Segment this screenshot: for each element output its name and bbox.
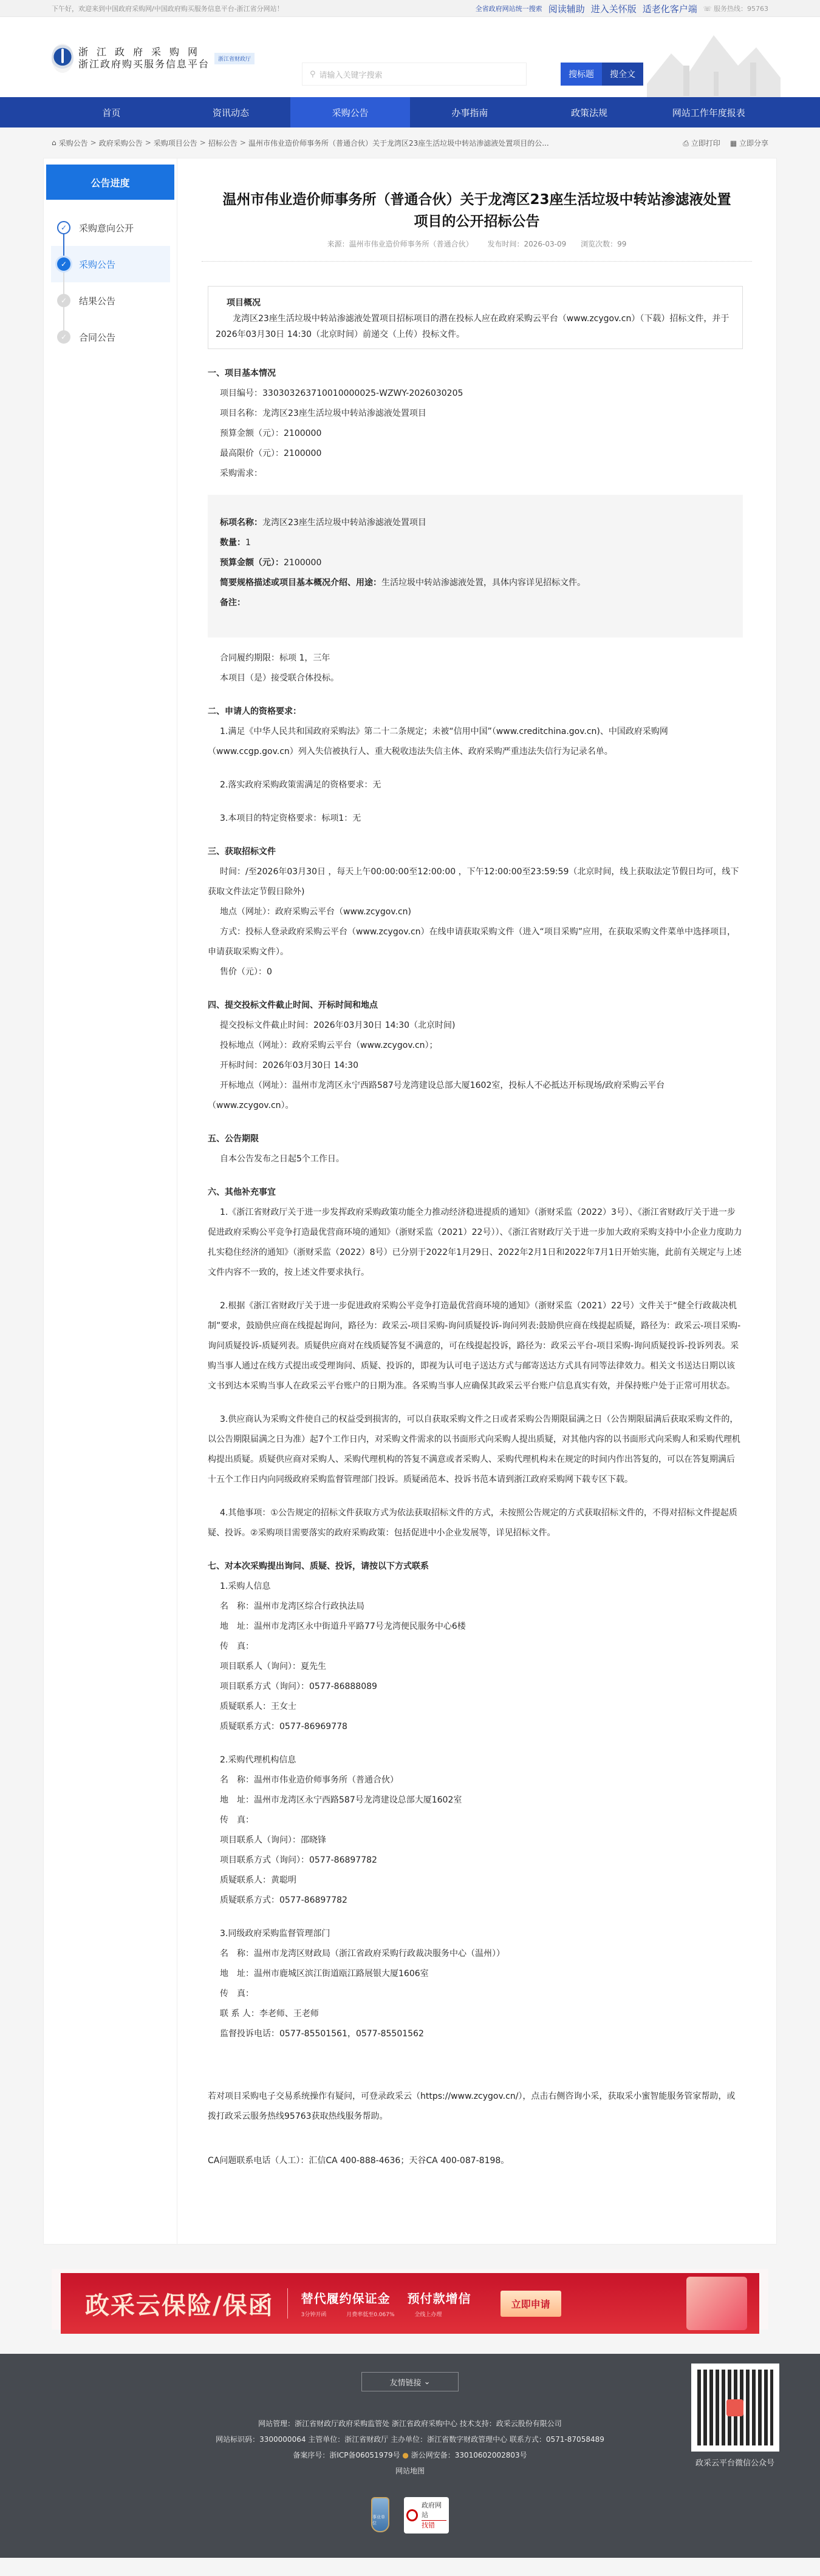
step-label: 采购公告 [79, 258, 115, 271]
lot-qty-label: 数量： [220, 538, 245, 548]
qrcode-icon: ▦ [730, 139, 737, 148]
doc-place: 地点（网址）：政府采购云平台（www.zcygov.cn) [208, 902, 743, 922]
qr-caption: 政采云平台微信公众号 [689, 2456, 781, 2468]
step-result-notice[interactable]: ✓ 结果公告 [51, 282, 170, 319]
contact-line: 名 称：温州市龙湾区综合行政执法局 [220, 1597, 743, 1617]
phone-icon: ☏ [703, 5, 712, 13]
section-heading: 一、项目基本情况 [208, 364, 743, 384]
article: 温州市伟业造价师事务所（普通合伙）关于龙湾区23座生活垃圾中转站渗滤液处置项目的… [177, 158, 776, 2244]
page-title: 温州市伟业造价师事务所（普通合伙）关于龙湾区23座生活垃圾中转站渗滤液处置项目的… [220, 189, 734, 233]
contact-line: 地 址：温州市龙湾区永宁西路587号龙湾建设总部大厦1602室 [220, 1790, 743, 1810]
lot-name: 龙湾区23座生活垃圾中转站渗滤液处置项目 [262, 518, 426, 528]
finance-dept-badge: 浙江省财政厅 [214, 53, 255, 64]
site-logo[interactable]: 浙江政府采购网 浙江政府购买服务信息平台 浙江省财政厅 [52, 44, 255, 73]
nav-guide[interactable]: 办事指南 [410, 97, 530, 127]
consortium-note: 本项目（是）接受联合体投标。 [208, 668, 743, 688]
lot-budget: 2100000 [284, 558, 321, 568]
search-placeholder: 请输入关键字搜索 [319, 69, 383, 80]
public-security-link[interactable]: 浙公网安备：33010602002803号 [411, 2451, 527, 2459]
divider [202, 261, 752, 262]
icp-link[interactable]: 备案序号：浙ICP备06051979号 [293, 2451, 400, 2459]
bid-deadline: 提交投标文件截止时间：2026年03月30日 14:30（北京时间) [208, 1016, 743, 1036]
supplement-1: 1.《浙江省财政厅关于进一步发挥政府采购政策功能全力推动经济稳进提质的通知》（浙… [208, 1203, 743, 1283]
step-contract-notice[interactable]: ✓ 合同公告 [51, 319, 170, 355]
contact-line: 质疑联系方式：0577-86897782 [220, 1891, 743, 1911]
lot-details: 标项名称：龙湾区23座生活垃圾中转站渗滤液处置项目 数量：1 预算金额（元）：2… [208, 495, 743, 637]
qualification-3: 3.本项目的特定资格要求：标项1：无 [208, 809, 743, 829]
section-heading: 六、其他补充事宜 [208, 1183, 743, 1203]
lot-qty: 1 [245, 538, 251, 548]
check-circle-gray-icon: ✓ [57, 330, 70, 344]
contact-line: 质疑联系人：黄聪明 [220, 1871, 743, 1891]
contact-line: 项目联系方式（询问）：0577-86897782 [220, 1850, 743, 1871]
contact-line: 名 称：温州市伟业造价师事务所（普通合伙） [220, 1770, 743, 1790]
qr-code-icon [697, 2370, 773, 2445]
lot-desc: 生活垃圾中转站渗滤液处置，具体内容详见招标文件。 [381, 578, 586, 588]
contact-line: 项目联系人（询问）：邵晓锋 [220, 1830, 743, 1850]
lot-note-label: 备注： [220, 598, 245, 608]
care-version-link[interactable]: 进入关怀版 [591, 2, 637, 15]
supplement-3: 3.供应商认为采购文件使自己的权益受到损害的，可以自获取采购文件之日或者采购公告… [208, 1410, 743, 1490]
mountain-decoration-icon [647, 29, 781, 97]
bid-location: 投标地点（网址）：政府采购云平台（www.zcygov.cn）； [208, 1036, 743, 1056]
logo-line1: 浙江政府采购网 [78, 46, 210, 58]
step-label: 结果公告 [79, 294, 115, 307]
supplement-4: 4.其他事项：①公告规定的招标文件获取方式为依法获取招标文件的方式，未按照公告规… [208, 1503, 743, 1543]
step-label: 采购意向公开 [79, 222, 134, 234]
top-bar: 下午好，欢迎来到中国政府采购网/中国政府购买服务信息平台-浙江省分网站！ 全省政… [0, 0, 820, 17]
contact-line: 质疑联系方式：0577-86969778 [220, 1717, 743, 1737]
unified-search-link[interactable]: 全省政府网站统一搜索 [476, 4, 542, 13]
procurement-needs: 采购需求： [208, 464, 743, 484]
contact-group-title: 1.采购人信息 [220, 1577, 743, 1597]
friend-links-label: 友情链接 [389, 2376, 421, 2388]
ca-contact-text: CA问题联系电话（人工）：汇信CA 400-888-4636；天谷CA 400-… [208, 2151, 743, 2171]
supplement-2: 2.根据《浙江省财政厅关于进一步促进政府采购公平竞争打造最优营商环境的通知》（浙… [208, 1296, 743, 1396]
share-label: 立即分享 [739, 139, 768, 148]
notice-period: 自本公告发布之日起5个工作日。 [208, 1149, 743, 1169]
banner-bullet: 全线上办理 [414, 2312, 442, 2318]
lot-budget-label: 预算金额（元）： [220, 558, 284, 568]
section-heading: 三、获取招标文件 [208, 842, 743, 862]
doc-price: 售价（元）：0 [208, 962, 743, 982]
lot-desc-label: 简要规格描述或项目基本概况介绍、用途： [220, 578, 381, 588]
check-circle-icon: ✓ [57, 221, 70, 234]
breadcrumb-item[interactable]: 采购公告 [59, 138, 88, 148]
nav-annual-report[interactable]: 网站工作年度报表 [649, 97, 768, 127]
section-heading: 四、提交投标文件截止时间、开标时间和地点 [208, 996, 743, 1016]
contact-line: 地 址：温州市龙湾区永中街道升平路77号龙湾便民服务中心6楼 [220, 1617, 743, 1637]
banner-sub2: 预付款增信 [408, 2291, 471, 2306]
wechat-qr: 政采云平台微信公众号 [689, 2364, 781, 2468]
printer-icon: ⎙ [683, 139, 689, 148]
contact-line: 监督投诉电话：0577-85501561，0577-85501562 [220, 2024, 743, 2044]
breadcrumb-current: 温州市伟业造价师事务所（普通合伙）关于龙湾区23座生活垃圾中转站渗滤液处置项目的… [248, 138, 549, 148]
overview-title: 项目概况 [216, 295, 735, 311]
footer: 友情链接 ⌄ 网站管理：浙江省财政厅政府采购监管处 浙江省政府采购中心 技术支持… [0, 2354, 820, 2558]
banner-illustration-icon [686, 2277, 747, 2330]
contact-line: 名 称：温州市龙湾区财政局（浙江省政府采购行政裁决服务中心（温州）） [220, 1944, 743, 1964]
section-heading: 二、申请人的资格要求： [208, 702, 743, 722]
elderly-client-link[interactable]: 适老化客户端 [643, 2, 697, 15]
overview-box: 项目概况 龙湾区23座生活垃圾中转站渗滤液处置项目招标项目的潜在投标人应在政府采… [208, 286, 743, 349]
search-input[interactable]: ⚲ 请输入关键字搜索 [302, 63, 527, 86]
nav-news[interactable]: 资讯动态 [171, 97, 291, 127]
lot-name-label: 标项名称： [220, 518, 262, 528]
badge1-label: 事业单位 [372, 2514, 388, 2526]
friend-links-dropdown[interactable]: 友情链接 ⌄ [361, 2372, 459, 2391]
chevron-down-icon: ⌄ [424, 2377, 431, 2387]
contact-supervisor: 3.同级政府采购监督管理部门 名 称：温州市龙湾区财政局（浙江省政府采购行政裁决… [208, 1924, 743, 2044]
contact-line: 地 址：温州市鹿城区滨江街道瓯江路展银大厦1606室 [220, 1964, 743, 1984]
search-title-button[interactable]: 搜标题 [561, 63, 602, 86]
hotline-text: 服务热线：95763 [714, 5, 768, 13]
source: 来源：温州市伟业造价师事务所（普通合伙） [327, 240, 473, 248]
nav-home[interactable]: 首页 [52, 97, 171, 127]
article-meta: 来源：温州市伟业造价师事务所（普通合伙） 发布时间：2026-03-09 浏览次… [177, 239, 776, 249]
contract-period: 合同履约期限：标项 1，三年 [208, 648, 743, 668]
max-price: 最高限价（元）：2100000 [208, 444, 743, 464]
greeting-text: 下午好，欢迎来到中国政府采购网/中国政府购买服务信息平台-浙江省分网站！ [52, 4, 284, 13]
breadcrumb-item[interactable]: 政府采购公告 [99, 138, 143, 148]
check-circle-gray-icon: ✓ [57, 294, 70, 307]
banner-sub1: 替代履约保证金 [301, 2291, 391, 2306]
apply-now-button[interactable]: 立即申请 [501, 2291, 561, 2317]
step-intent-published[interactable]: ✓ 采购意向公开 [51, 209, 170, 246]
banner-bullet: 3分钟开函 [301, 2312, 327, 2318]
view-count: 浏览次数：99 [581, 240, 626, 248]
contact-line: 传 真： [220, 1637, 743, 1657]
reading-aid-link[interactable]: 阅读辅助 [548, 2, 585, 15]
gov-site-error-report-badge[interactable]: 政府网站找错 [404, 2497, 449, 2534]
contact-line: 传 真： [220, 1810, 743, 1830]
share-button[interactable]: ▦ 立即分享 [730, 138, 768, 148]
budget-amount: 预算金额（元）：2100000 [208, 424, 743, 444]
contact-line: 传 真： [220, 1984, 743, 2004]
sitemap-link[interactable]: 网站地图 [395, 2467, 425, 2475]
doc-time: 时间：/至2026年03月30日 ，每天上午00:00:00至12:00:00 … [208, 862, 743, 902]
sidebar-title: 公告进度 [46, 165, 174, 200]
banner-bullet: 月费率低至0.067% [346, 2312, 394, 2318]
insurance-ad-banner[interactable]: 政采云保险/保函 替代履约保证金预付款增信 3分钟开函 月费率低至0.067% … [61, 2273, 759, 2334]
contact-group-title: 3.同级政府采购监督管理部门 [220, 1924, 743, 1944]
publish-time: 发布时间：2026-03-09 [487, 240, 566, 248]
section-heading: 五、公告期限 [208, 1129, 743, 1149]
home-icon[interactable]: ⌂ [52, 138, 56, 147]
breadcrumb: ⌂ 采购公告> 政府采购公告> 采购项目公告> 招标公告> 温州市伟业造价师事务… [52, 127, 768, 158]
breadcrumb-item[interactable]: 采购项目公告 [154, 138, 197, 148]
search-fulltext-button[interactable]: 搜全文 [602, 63, 643, 86]
magnifier-icon [406, 2509, 418, 2521]
platform-help-text: 若对项目采购电子交易系统操作有疑问，可登录政采云（https://www.zcy… [208, 2087, 743, 2127]
opening-time: 开标时间：2026年03月30日 14:30 [208, 1056, 743, 1076]
ad-banner-wrapper: 政采云保险/保函 替代履约保证金预付款增信 3分钟开函 月费率低至0.067% … [52, 2269, 768, 2330]
banner-headline: 政采云保险/保函 [85, 2286, 274, 2321]
qualification-2: 2.落实政府采购政策需满足的资格要求：无 [208, 775, 743, 795]
contact-line: 项目联系方式（询问）：0577-86888089 [220, 1677, 743, 1697]
opening-location: 开标地点（网址）：温州市龙湾区永宁西路587号龙湾建设总部大厦1602室，投标人… [208, 1076, 743, 1116]
content-wrapper: 公告进度 ✓ 采购意向公开 ✓ 采购公告 ✓ 结果公告 ✓ 合同公告 温州市伟业… [43, 158, 777, 2245]
badge2-bottom: 找错 [422, 2520, 446, 2530]
progress-sidebar: 公告进度 ✓ 采购意向公开 ✓ 采购公告 ✓ 结果公告 ✓ 合同公告 [44, 158, 177, 2244]
project-number: 项目编号：330303263710010000025-WZWY-20260302… [208, 384, 743, 404]
breadcrumb-item[interactable]: 招标公告 [208, 138, 237, 148]
step-label: 合同公告 [79, 331, 115, 344]
contact-line: 质疑联系人：王女士 [220, 1697, 743, 1717]
section-heading: 七、对本次采购提出询问、质疑、投诉，请按以下方式联系 [208, 1557, 743, 1577]
badge2-top: 政府网站 [422, 2501, 446, 2520]
print-button[interactable]: ⎙ 立即打印 [683, 138, 720, 148]
header: 浙江政府采购网 浙江政府购买服务信息平台 浙江省财政厅 ⚲ 请输入关键字搜索 搜… [0, 17, 820, 97]
nav-procurement-notices[interactable]: 采购公告 [290, 97, 410, 127]
emblem-icon [52, 44, 73, 73]
step-procurement-notice[interactable]: ✓ 采购公告 [51, 246, 170, 282]
check-circle-filled-icon: ✓ [57, 257, 70, 271]
doc-method: 方式：投标人登录政府采购云平台（www.zcygov.cn）在线申请获取采购文件… [208, 922, 743, 962]
contact-line: 联 系 人：李老师、王老师 [220, 2004, 743, 2024]
project-name: 项目名称：龙湾区23座生活垃圾中转站渗滤液处置项目 [208, 404, 743, 424]
contact-purchaser: 1.采购人信息 名 称：温州市龙湾区综合行政执法局 地 址：温州市龙湾区永中街道… [208, 1577, 743, 1737]
contact-line: 项目联系人（询问）：夏先生 [220, 1657, 743, 1677]
contact-group-title: 2.采购代理机构信息 [220, 1750, 743, 1770]
logo-line2: 浙江政府购买服务信息平台 [78, 58, 210, 70]
public-institution-badge[interactable]: 事业单位 [371, 2497, 389, 2532]
search-icon: ⚲ [310, 70, 316, 79]
overview-text: 龙湾区23座生活垃圾中转站渗滤液处置项目招标项目的潜在投标人应在政府采购云平台（… [216, 311, 735, 342]
nav-policy[interactable]: 政策法规 [530, 97, 649, 127]
contact-agency: 2.采购代理机构信息 名 称：温州市伟业造价师事务所（普通合伙） 地 址：温州市… [208, 1750, 743, 1911]
print-label: 立即打印 [691, 139, 720, 148]
police-badge-icon: ● [402, 2451, 408, 2459]
main-nav: 首页 资讯动态 采购公告 办事指南 政策法规 网站工作年度报表 [0, 97, 820, 127]
qualification-1: 1.满足《中华人民共和国政府采购法》第二十二条规定；未被“信用中国”（www.c… [208, 722, 743, 762]
